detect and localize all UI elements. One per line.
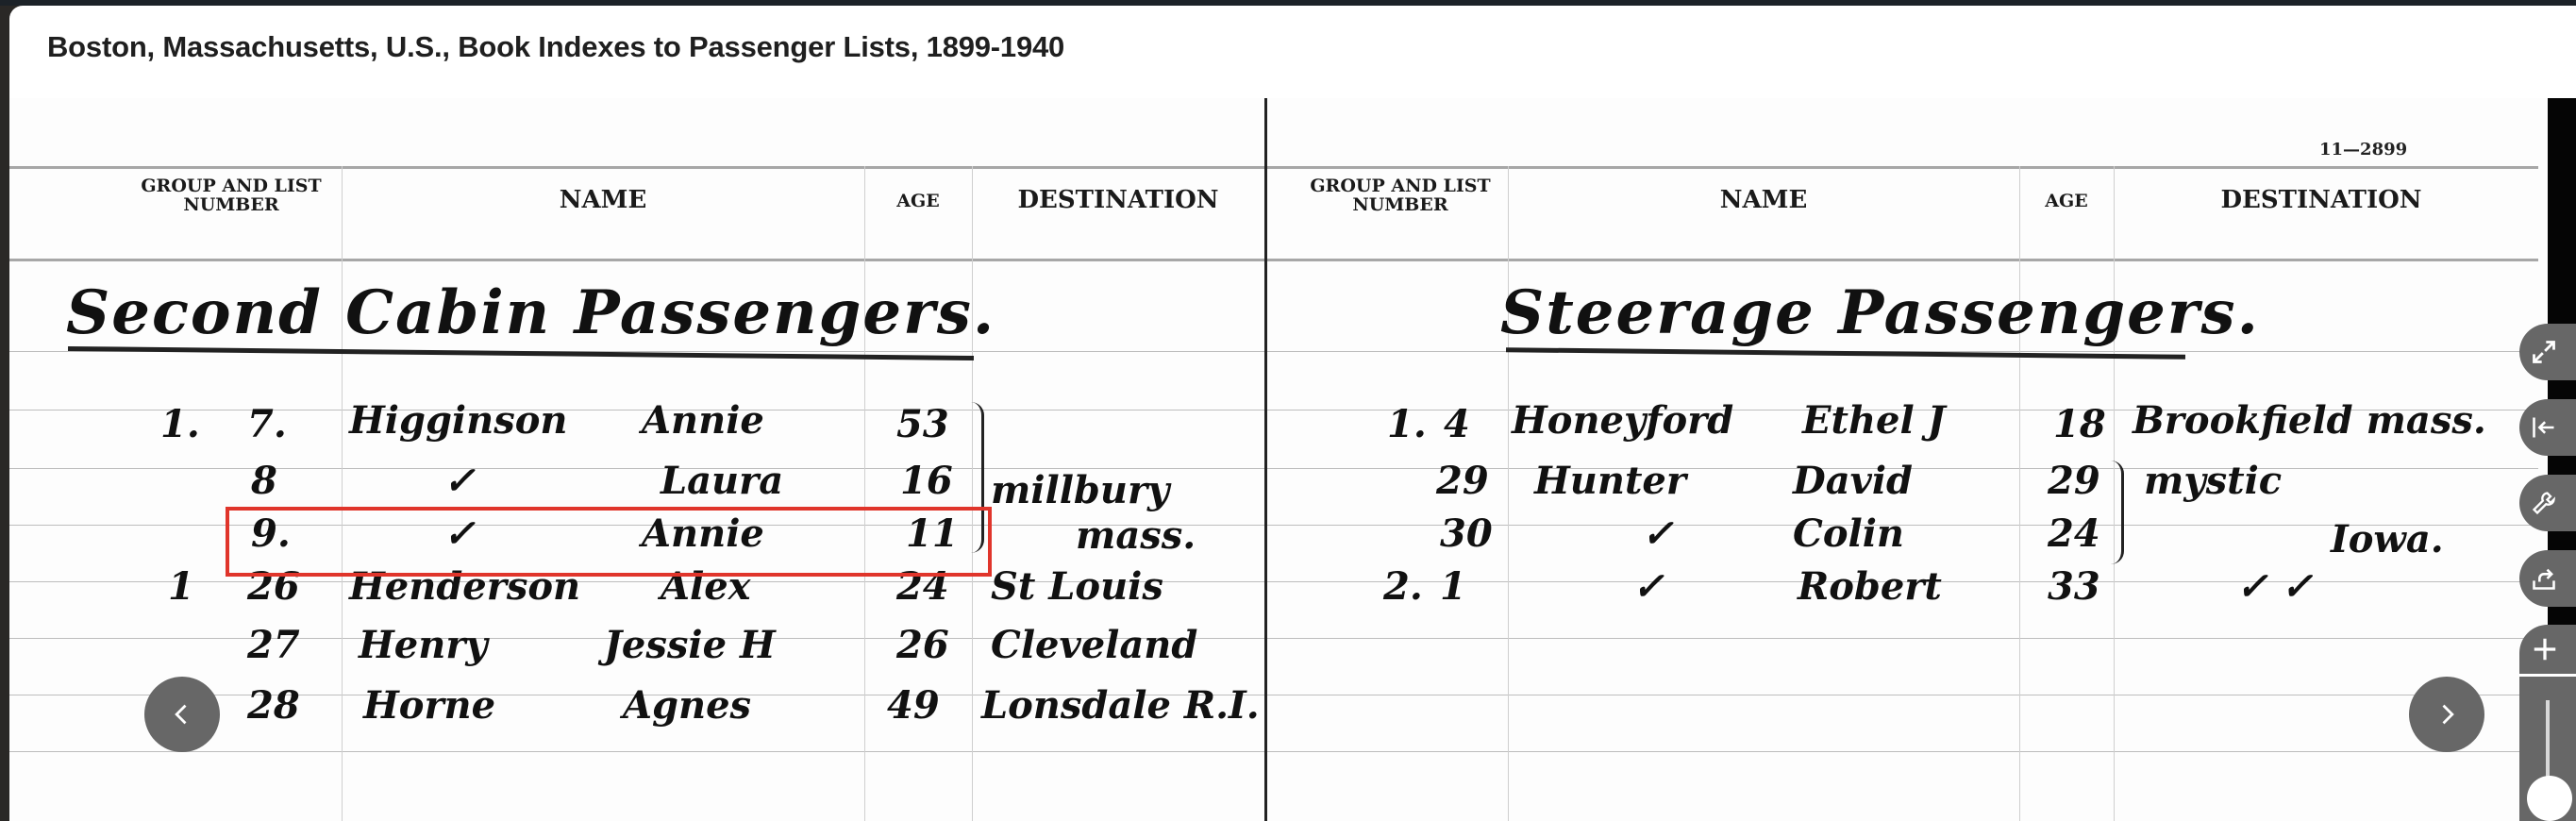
given-name: Agnes (623, 683, 751, 728)
given-name: Robert (1798, 564, 1942, 609)
column-rule (864, 166, 865, 821)
destination: Iowa. (2331, 517, 2444, 561)
surname: Hunter (1534, 459, 1686, 503)
list-number: 4 (1444, 402, 1470, 446)
previous-page-button[interactable] (144, 677, 220, 752)
ledger-rule (9, 259, 2538, 261)
section-title-steerage: Steerage Passengers. (1500, 277, 2260, 348)
right-header-name: NAME (1508, 188, 2019, 213)
ledger-rule (9, 751, 2538, 752)
surname: Henry (359, 623, 488, 667)
group-number: 2. (1383, 564, 1423, 609)
destination: millbury (991, 468, 1169, 512)
document-image-viewer[interactable]: 11—2899 Group and List Number NAME Age D… (9, 98, 2576, 821)
column-rule (2019, 166, 2020, 821)
tools-button[interactable] (2519, 475, 2576, 531)
destination: Brookfield mass. (2133, 398, 2486, 443)
age: 49 (887, 683, 940, 728)
destination: mass. (1076, 513, 1196, 558)
zoom-divider (2519, 674, 2576, 677)
chevron-left-icon (169, 701, 195, 728)
fullscreen-button[interactable] (2519, 324, 2576, 380)
list-number: 27 (247, 623, 300, 667)
share-button[interactable] (2519, 550, 2576, 607)
column-rule (1508, 166, 1509, 821)
surname: Horne (363, 683, 495, 728)
right-header-destination: DESTINATION (2114, 188, 2529, 213)
age: 18 (2053, 402, 2106, 446)
left-header-destination: DESTINATION (972, 188, 1264, 213)
arrow-left-to-bar-icon (2531, 414, 2557, 441)
right-header-age: Age (2019, 193, 2114, 211)
plus-icon (2531, 635, 2559, 663)
age: 26 (896, 623, 949, 667)
column-rule (342, 166, 343, 821)
surname: Honeyford (1512, 398, 1733, 443)
group-number: 1 (168, 564, 194, 609)
right-header-group-list: Group and List Number (1293, 177, 1508, 215)
share-icon (2531, 565, 2557, 592)
age: 24 (2048, 511, 2100, 556)
list-number: 30 (1440, 511, 1493, 556)
section-underline (1506, 347, 2185, 360)
list-number: 7. (247, 402, 287, 446)
zoom-in-button[interactable] (2519, 625, 2576, 674)
grouping-bracket (2106, 461, 2124, 564)
age: 16 (900, 459, 953, 503)
expand-arrows-icon (2531, 339, 2557, 365)
highlighted-record-box[interactable] (226, 507, 992, 577)
page-divider (1264, 98, 1267, 821)
wrench-icon (2531, 490, 2557, 516)
section-underline (68, 346, 974, 360)
collapse-panel-button[interactable] (2519, 399, 2576, 456)
age: 53 (896, 402, 949, 446)
zoom-control (2519, 625, 2576, 821)
list-number: 29 (1436, 459, 1489, 503)
given-name: David (1793, 459, 1913, 503)
given-name: Laura (661, 459, 783, 503)
left-header-group-list: Group and List Number (123, 177, 340, 215)
ditto-mark: ✓ (443, 459, 476, 503)
given-name: Annie (642, 398, 764, 443)
given-name: Colin (1793, 511, 1904, 556)
given-name: Ethel J (1802, 398, 1946, 443)
form-number: 11—2899 (2319, 140, 2407, 159)
given-name: Jessie H (604, 623, 776, 667)
destination: ✓ ✓ (2236, 564, 2313, 609)
record-viewer-panel: Boston, Massachusetts, U.S., Book Indexe… (9, 6, 2576, 821)
ledger-rule (9, 166, 2538, 169)
destination: Lonsdale R.I. (981, 683, 1260, 728)
list-number: 8 (251, 459, 277, 503)
destination: Cleveland (991, 623, 1197, 667)
age: 33 (2048, 564, 2100, 609)
left-header-age: Age (864, 193, 972, 211)
ditto-mark: ✓ (1642, 511, 1674, 556)
zoom-slider-thumb[interactable] (2527, 776, 2572, 821)
left-header-name: NAME (342, 188, 864, 213)
chevron-right-icon (2434, 701, 2460, 728)
surname: Higginson (349, 398, 567, 443)
ditto-mark: ✓ (1632, 564, 1664, 609)
group-number: 1. (1387, 402, 1427, 446)
page-title: Boston, Massachusetts, U.S., Book Indexe… (47, 30, 1064, 64)
list-number: 28 (247, 683, 300, 728)
age: 29 (2048, 459, 2100, 503)
section-title-second-cabin: Second Cabin Passengers. (66, 277, 995, 348)
list-number: 1 (1440, 564, 1466, 609)
destination: mystic (2144, 459, 2282, 503)
group-number: 1. (160, 402, 200, 446)
next-page-button[interactable] (2409, 677, 2484, 752)
destination: St Louis (991, 564, 1163, 609)
